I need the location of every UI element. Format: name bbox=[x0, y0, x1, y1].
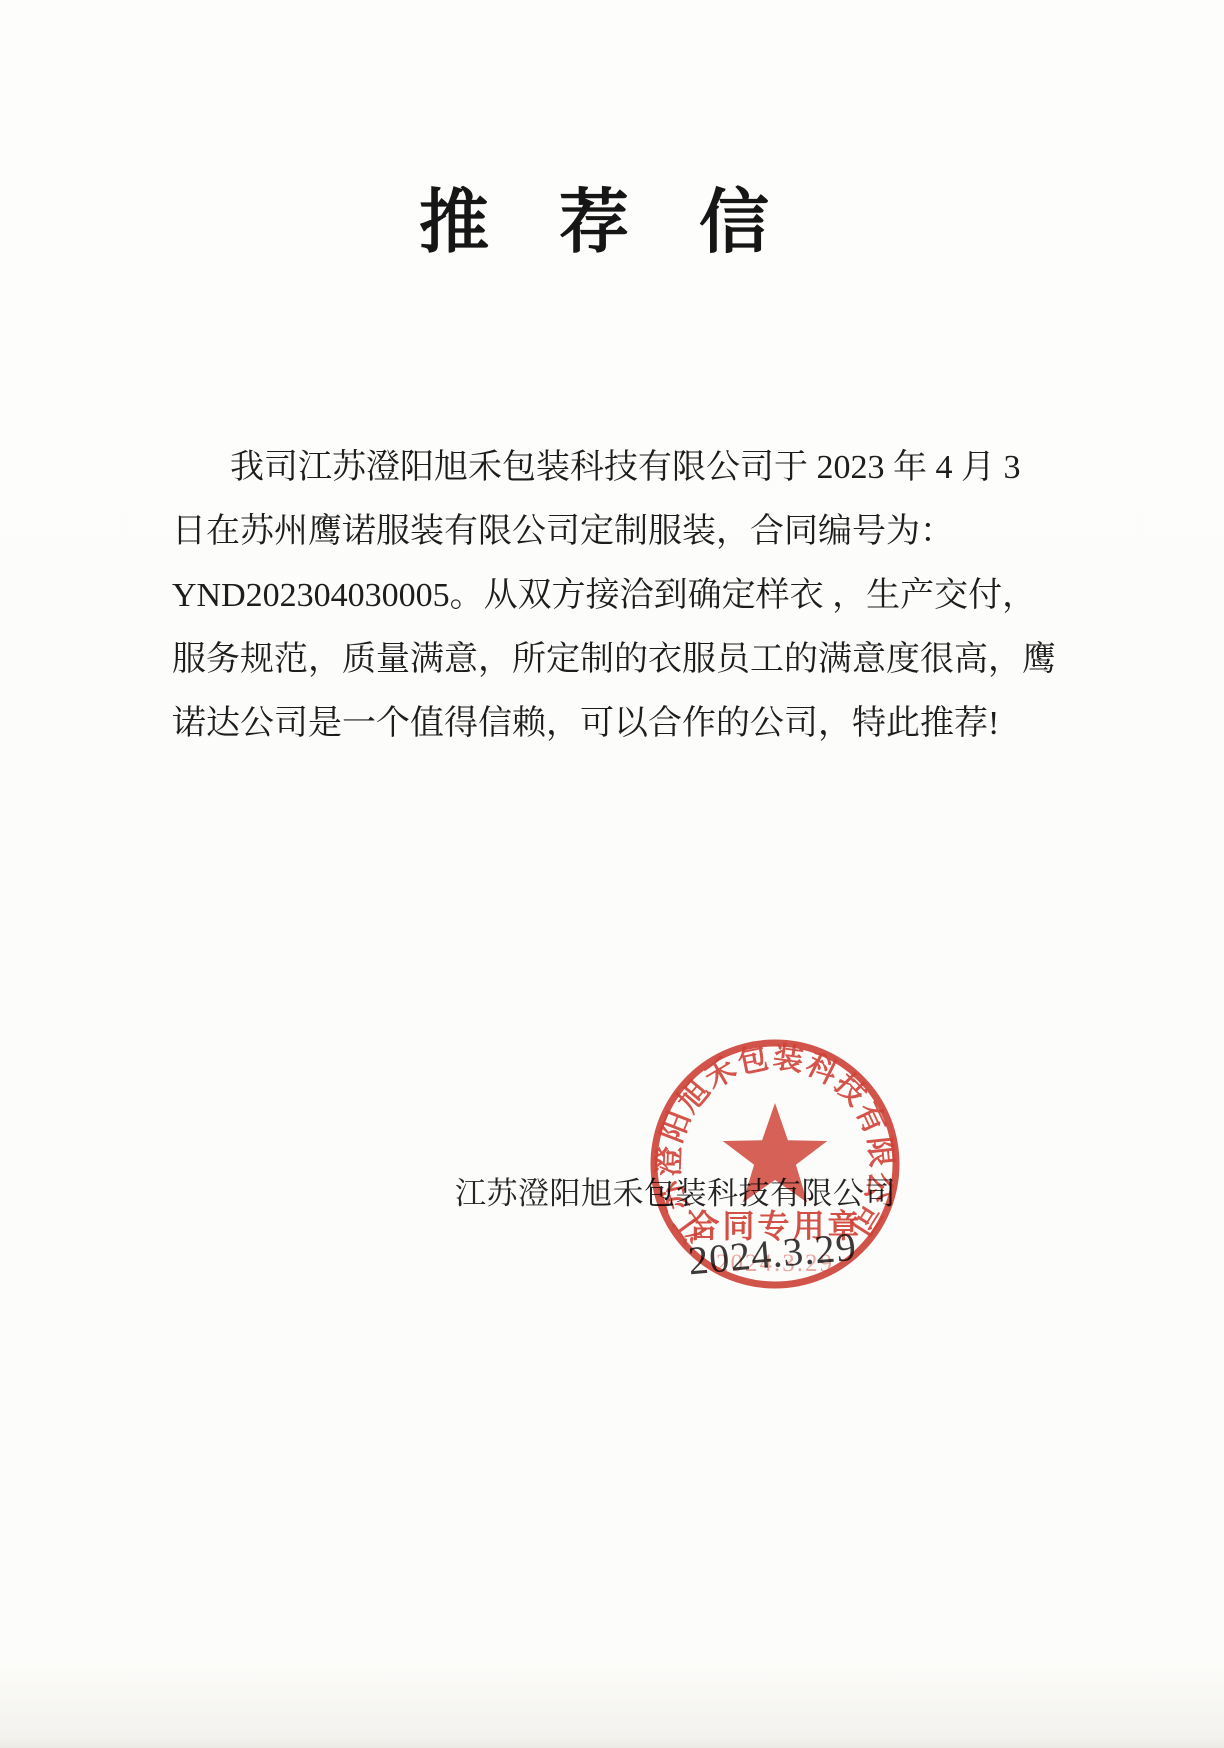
body-line: YND202304030005。从双方接洽到确定样衣 ，生产交付， bbox=[172, 564, 1032, 628]
body-line: 我司江苏澄阳旭禾包装科技有限公司于 2023 年 4 月 3 bbox=[172, 436, 1032, 500]
body-line: 诺达公司是一个值得信赖，可以合作的公司，特此推荐! bbox=[172, 692, 1032, 756]
letter-body: 我司江苏澄阳旭禾包装科技有限公司于 2023 年 4 月 3 日在苏州鹰诺服装有… bbox=[172, 436, 1032, 756]
body-line: 日在苏州鹰诺服装有限公司定制服装，合同编号为： bbox=[172, 500, 1032, 564]
seal-star-icon bbox=[723, 1103, 828, 1203]
recommendation-letter-page: 推荐信 我司江苏澄阳旭禾包装科技有限公司于 2023 年 4 月 3 日在苏州鹰… bbox=[0, 0, 1224, 1748]
page-title: 推荐信 bbox=[0, 184, 1188, 265]
body-line: 服务规范，质量满意，所定制的衣服员工的满意度很高，鹰 bbox=[172, 628, 1032, 692]
